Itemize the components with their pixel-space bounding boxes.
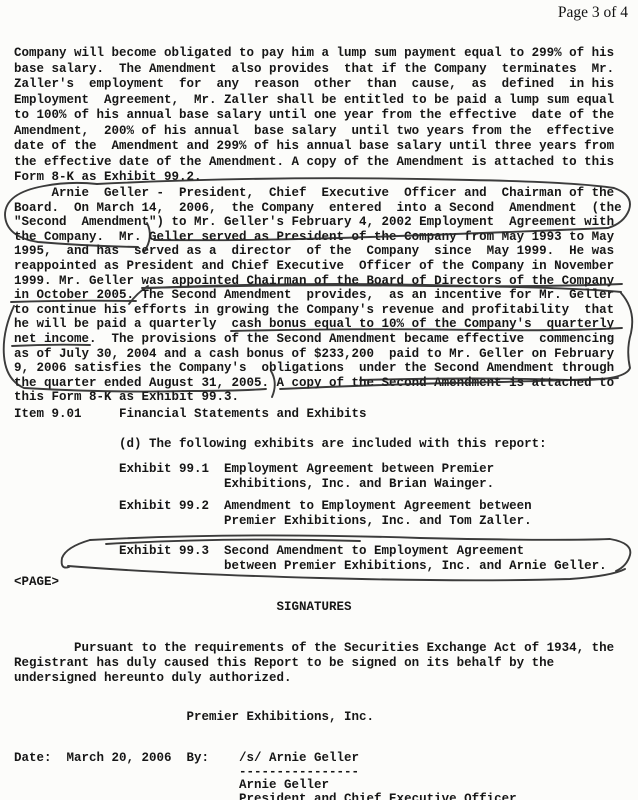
scanned-document-page: Page 3 of 4 Company will become obligate… [0, 0, 638, 800]
paragraph-geller-second-amendment: Arnie Geller - President, Chief Executiv… [14, 186, 622, 405]
page-number: Page 3 of 4 [558, 4, 628, 22]
page-break-tag: <PAGE> [14, 575, 59, 590]
company-name-line: Premier Exhibitions, Inc. [14, 710, 374, 725]
signatures-heading: SIGNATURES [14, 600, 352, 615]
exhibit-99-3-entry: Exhibit 99.3 Second Amendment to Employm… [14, 544, 607, 574]
item-901-heading: Item 9.01 Financial Statements and Exhib… [14, 407, 367, 422]
pursuant-paragraph: Pursuant to the requirements of the Secu… [14, 641, 614, 686]
exhibit-99-2-entry: Exhibit 99.2 Amendment to Employment Agr… [14, 499, 532, 529]
paragraph-zaller-amendment: Company will become obligated to pay him… [14, 46, 614, 186]
exhibit-99-1-entry: Exhibit 99.1 Employment Agreement betwee… [14, 462, 494, 492]
exhibits-intro-line: (d) The following exhibits are included … [14, 437, 547, 452]
signature-block: Date: March 20, 2006 By: /s/ Arnie Gelle… [14, 752, 517, 800]
